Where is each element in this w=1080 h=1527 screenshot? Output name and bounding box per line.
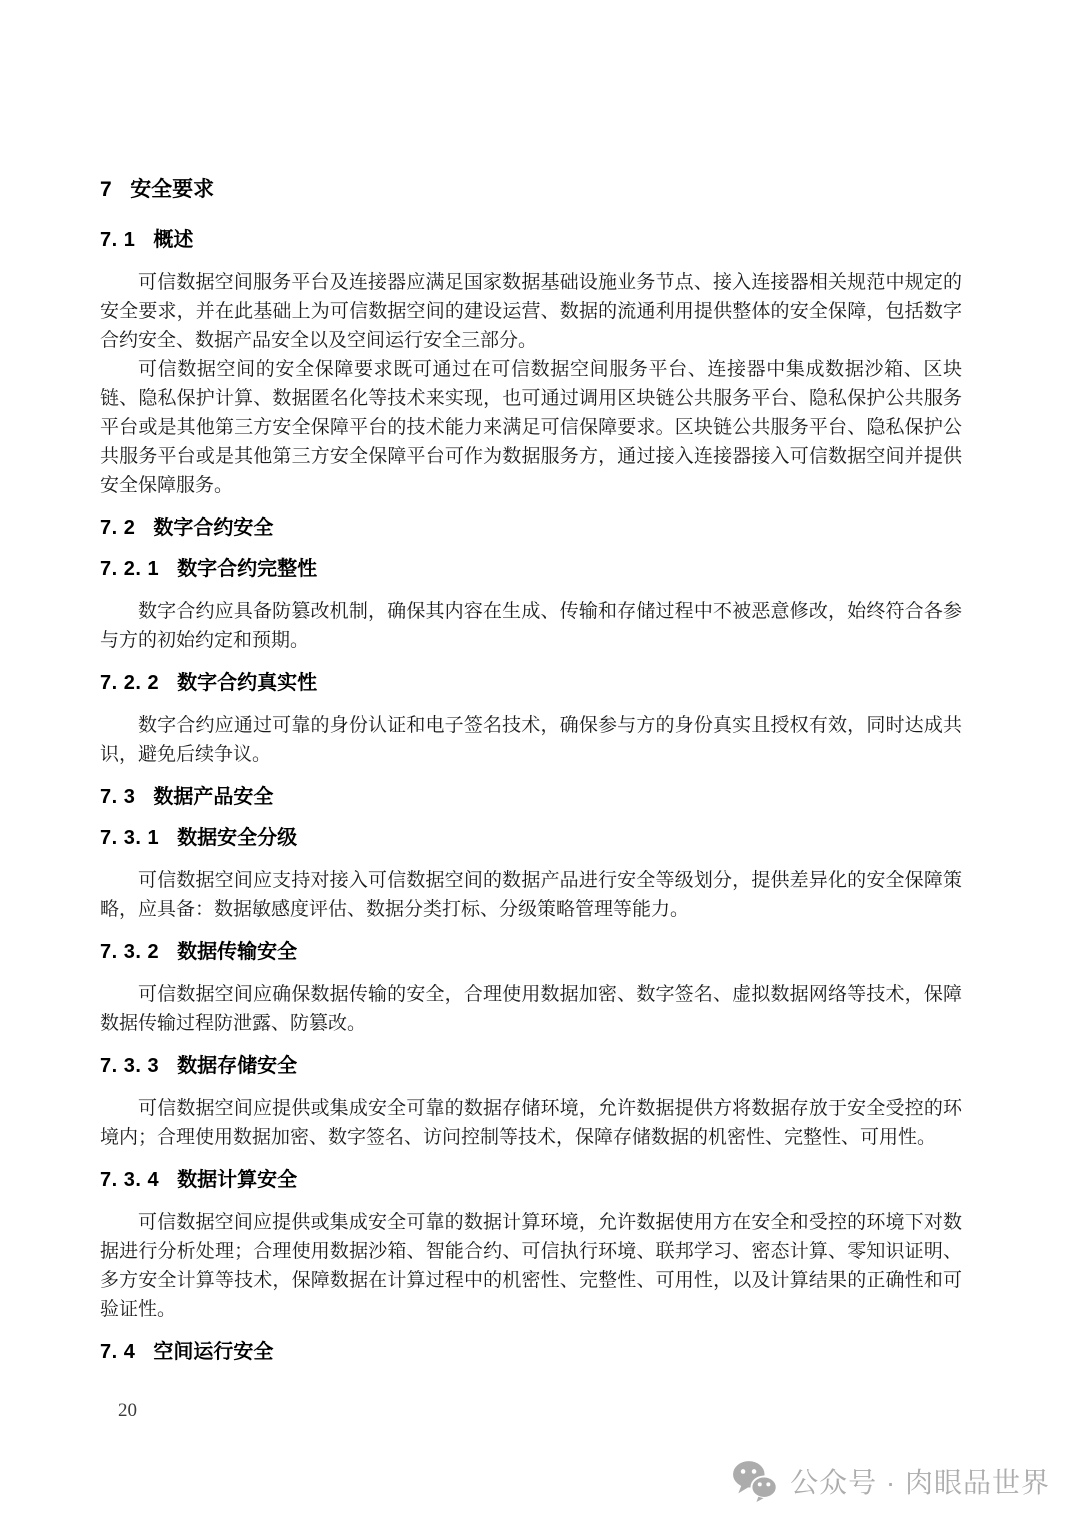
section-title: 数字合约真实性 [177,672,317,694]
section-title: 概述 [153,229,193,251]
page-number: 20 [118,1400,137,1422]
section-number: 7. 3. 1 [100,827,159,849]
section-heading-7-3-3: 7. 3. 3数据存储安全 [100,1053,962,1079]
section-heading-7-2: 7. 2数字合约安全 [100,515,962,541]
watermark-label: 公众号 · 肉眼品世界 [790,1461,1050,1501]
section-heading-7-3: 7. 3数据产品安全 [100,784,962,810]
paragraph-overview-2: 可信数据空间的安全保障要求既可通过在可信数据空间服务平台、连接器中集成数据沙箱、… [100,355,962,500]
chapter-title: 安全要求 [130,178,214,201]
paragraph-7-2-2: 数字合约应通过可靠的身份认证和电子签名技术，确保参与方的身份真实且授权有效，同时… [100,711,962,769]
section-heading-7-3-1: 7. 3. 1数据安全分级 [100,825,962,851]
section-heading-7-1: 7. 1概述 [100,227,962,253]
wechat-watermark: 公众号 · 肉眼品世界 [732,1460,1050,1502]
chapter-heading: 7安全要求 [100,176,962,203]
section-title: 数字合约完整性 [177,558,317,580]
document-page: 7安全要求 7. 1概述 可信数据空间服务平台及连接器应满足国家数据基础设施业务… [0,0,1080,1527]
section-title: 数字合约安全 [153,517,273,539]
paragraph-overview-1: 可信数据空间服务平台及连接器应满足国家数据基础设施业务节点、接入连接器相关规范中… [100,268,962,355]
wechat-icon [732,1460,778,1502]
document-content: 7安全要求 7. 1概述 可信数据空间服务平台及连接器应满足国家数据基础设施业务… [100,176,962,1380]
section-heading-7-3-2: 7. 3. 2数据传输安全 [100,939,962,965]
chapter-number: 7 [100,178,112,201]
paragraph-7-3-3: 可信数据空间应提供或集成安全可靠的数据存储环境，允许数据提供方将数据存放于安全受… [100,1094,962,1152]
section-title: 数据计算安全 [177,1169,297,1191]
paragraph-7-3-1: 可信数据空间应支持对接入可信数据空间的数据产品进行安全等级划分，提供差异化的安全… [100,866,962,924]
section-number: 7. 3. 3 [100,1055,159,1077]
section-number: 7. 3. 2 [100,941,159,963]
section-number: 7. 2. 2 [100,672,159,694]
section-title: 空间运行安全 [153,1341,273,1363]
section-number: 7. 3. 4 [100,1169,159,1191]
section-heading-7-2-1: 7. 2. 1数字合约完整性 [100,556,962,582]
section-heading-7-2-2: 7. 2. 2数字合约真实性 [100,670,962,696]
paragraph-7-2-1: 数字合约应具备防篡改机制，确保其内容在生成、传输和存储过程中不被恶意修改，始终符… [100,597,962,655]
section-heading-7-4: 7. 4空间运行安全 [100,1339,962,1365]
section-title: 数据产品安全 [153,786,273,808]
section-heading-7-3-4: 7. 3. 4数据计算安全 [100,1167,962,1193]
section-title: 数据安全分级 [177,827,297,849]
section-title: 数据传输安全 [177,941,297,963]
section-title: 数据存储安全 [177,1055,297,1077]
section-number: 7. 2. 1 [100,558,159,580]
paragraph-7-3-2: 可信数据空间应确保数据传输的安全，合理使用数据加密、数字签名、虚拟数据网络等技术… [100,980,962,1038]
section-number: 7. 4 [100,1341,135,1363]
section-number: 7. 3 [100,786,135,808]
section-number: 7. 1 [100,229,135,251]
section-number: 7. 2 [100,517,135,539]
paragraph-7-3-4: 可信数据空间应提供或集成安全可靠的数据计算环境，允许数据使用方在安全和受控的环境… [100,1208,962,1324]
